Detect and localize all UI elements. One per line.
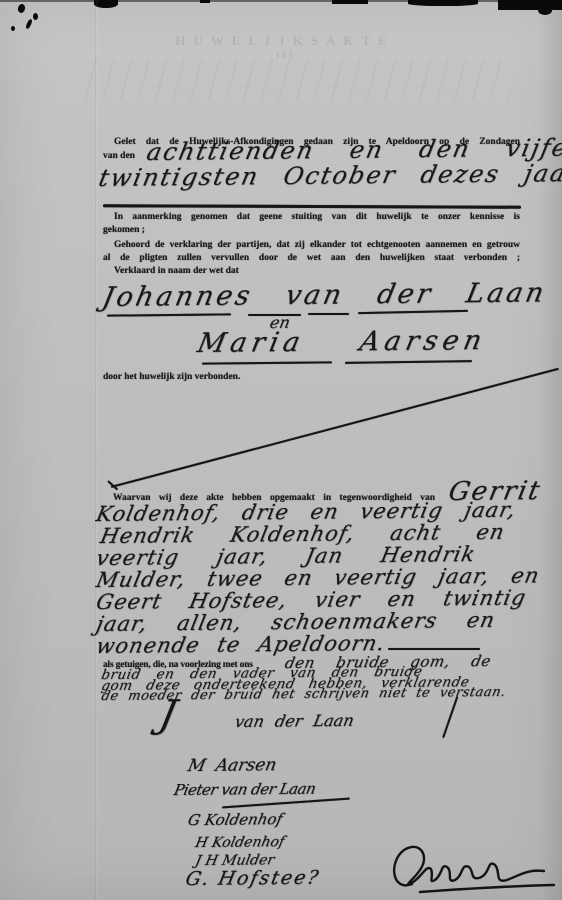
vertical-fold-highlight [96, 0, 98, 900]
section-rule [103, 204, 521, 208]
heard-line-2: al de pligten zullen vervullen door de w… [103, 252, 520, 264]
ink-blot [11, 26, 15, 31]
bleedthrough-scribbles [80, 58, 510, 100]
marriage-certificate-scan: HUWELIJKSAKTE 185 Gelet dat de Huwelijks… [0, 0, 562, 900]
filler-dash-line [388, 648, 480, 650]
ink-blot [33, 13, 38, 20]
signature-groom: van der Laan [233, 711, 356, 731]
signature-witness-4: G. Hofstee? [184, 867, 322, 890]
ink-blot [25, 19, 33, 30]
hw-groom-name: Johannes van der Laan [100, 277, 550, 313]
declare-in-name-of-law: Verklaard in naam der wet dat [114, 265, 239, 277]
groom-underline [107, 313, 231, 316]
diagonal-void-stroke [111, 368, 559, 488]
stray-pen-stroke [442, 696, 458, 738]
bride-underline [345, 360, 472, 364]
scan-edge-blob [332, 0, 368, 4]
hw-proclamation-dates-2: twintigsten October dezes jaars. [96, 159, 562, 192]
bound-by-marriage-line: door het huwelijk zijn verbonden. [103, 371, 240, 383]
hw-closing-line: de moeder der bruid het schrijven niet t… [100, 685, 507, 704]
hw-bride-name: Maria Aarsen [195, 325, 490, 359]
signature-bride: M Aarsen [186, 755, 278, 776]
scan-edge-blob [408, 0, 478, 6]
signature-father-groom: Pieter van der Laan [172, 780, 317, 799]
no-objection-line-1: In aanmerking genomen dat geene stuiting… [114, 211, 520, 223]
signature-witness-1: G Koldenhof [186, 810, 284, 829]
proclamation-prefix: van den [103, 150, 135, 162]
ink-blot [17, 3, 26, 14]
scan-edge-blob [200, 0, 210, 3]
father-signature-underline [222, 798, 350, 809]
no-objection-line-2: gekomen ; [103, 224, 145, 236]
heard-line-1: Gehoord de verklaring der partijen, dat … [114, 239, 520, 251]
registrar-signature [382, 840, 560, 900]
bleedthrough-title: HUWELIJKSAKTE [130, 33, 440, 49]
signature-witness-2: H Koldenhof [194, 834, 286, 851]
bride-underline [202, 361, 332, 364]
registrar-signature-scrawl [382, 840, 560, 898]
groom-underline [308, 313, 349, 315]
groom-underline [358, 310, 468, 314]
